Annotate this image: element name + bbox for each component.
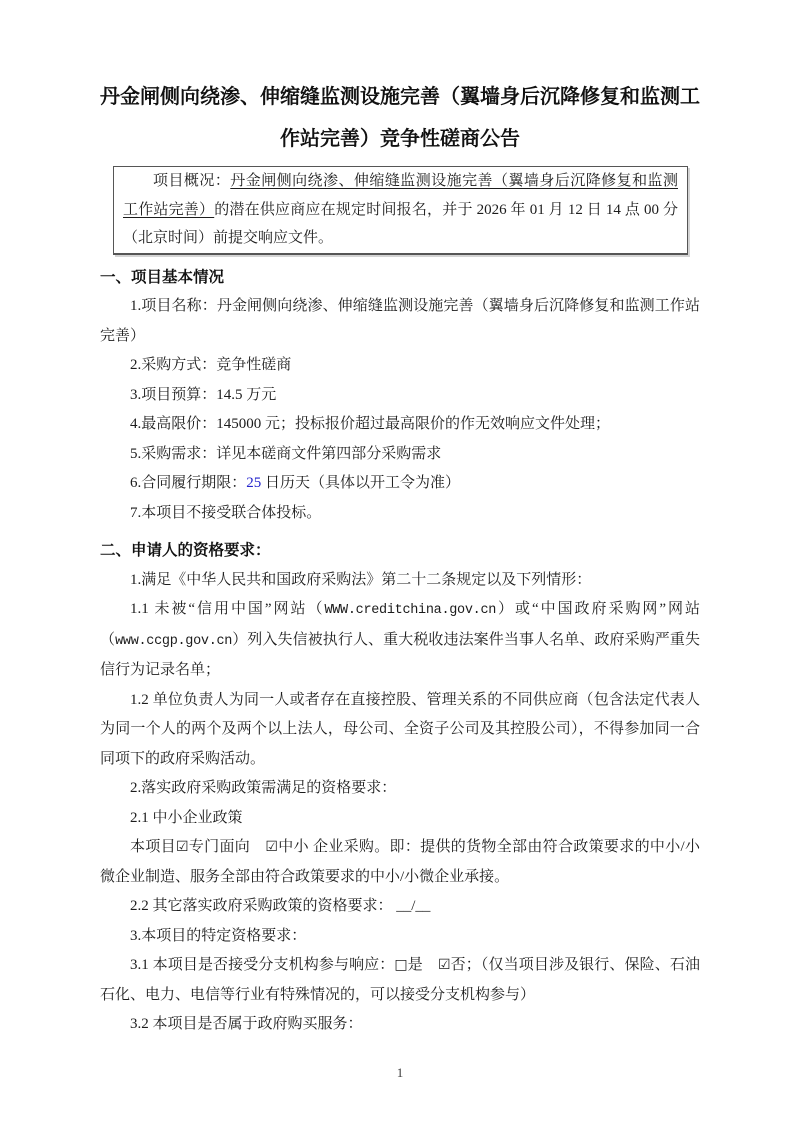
item-procurement-method: 2.采购方式：竞争性磋商 xyxy=(100,351,700,381)
para-credit-check: 1.1 未被“信用中国”网站（WWW.creditchina.gov.cn）或“… xyxy=(100,595,700,686)
document-page: 丹金闸侧向绕渗、伸缩缝监测设施完善（翼墙身后沉降修复和监测工作站完善）竞争性磋商… xyxy=(0,0,800,1131)
item-no-consortium: 7.本项目不接受联合体投标。 xyxy=(100,499,700,529)
checkbox-unchecked-icon: □ xyxy=(394,957,407,973)
other-policy-blank: __/__ xyxy=(393,898,431,914)
page-number: 1 xyxy=(0,1065,800,1081)
contract-period-label: 6.合同履行期限： xyxy=(130,475,246,491)
branch-yes-label: 是 xyxy=(408,957,438,973)
ccgp-url: www.ccgp.gov.cn xyxy=(115,634,232,649)
sme-text-b: 专门面向 xyxy=(189,839,266,855)
credit-check-text-a: 1.1 未被“信用中国”网站（ xyxy=(130,601,324,617)
project-overview-box: 项目概况：丹金闸侧向绕渗、伸缩缝监测设施完善（翼墙身后沉降修复和监测工作站完善）… xyxy=(113,166,688,255)
item-budget: 3.项目预算：14.5 万元 xyxy=(100,381,700,411)
para-policy-requirements: 2.落实政府采购政策需满足的资格要求： xyxy=(100,774,700,804)
project-overview-paragraph: 项目概况：丹金闸侧向绕渗、伸缩缝监测设施完善（翼墙身后沉降修复和监测工作站完善）… xyxy=(123,167,678,253)
document-content: 丹金闸侧向绕渗、伸缩缝监测设施完善（翼墙身后沉降修复和监测工作站完善）竞争性磋商… xyxy=(100,76,700,1040)
page-title: 丹金闸侧向绕渗、伸缩缝监测设施完善（翼墙身后沉降修复和监测工作站完善）竞争性磋商… xyxy=(96,76,704,160)
item-procurement-demand: 5.采购需求：详见本磋商文件第四部分采购需求 xyxy=(100,440,700,470)
item-project-name: 1.项目名称：丹金闸侧向绕渗、伸缩缝监测设施完善（翼墙身后沉降修复和监测工作站完… xyxy=(100,292,700,351)
item-contract-period: 6.合同履行期限：25 日历天（具体以开工令为准） xyxy=(100,469,700,499)
section-heading-qualification: 二、申请人的资格要求： xyxy=(100,536,700,566)
para-sme-policy-title: 2.1 中小企业政策 xyxy=(100,804,700,834)
para-specific-requirements: 3.本项目的特定资格要求： xyxy=(100,922,700,952)
creditchina-url: WWW.creditchina.gov.cn xyxy=(324,603,496,618)
contract-period-suffix: 日历天（具体以开工令为准） xyxy=(261,475,460,491)
section-heading-basic-info: 一、项目基本情况 xyxy=(100,263,700,293)
checkbox-checked-icon: ☑ xyxy=(265,839,278,855)
para-same-person-restriction: 1.2 单位负责人为同一人或者存在直接控股、管理关系的不同供应商（包含法定代表人… xyxy=(100,686,700,775)
para-other-policy: 2.2 其它落实政府采购政策的资格要求： __/__ xyxy=(100,892,700,922)
para-law-compliance: 1.满足《中华人民共和国政府采购法》第二十二条规定以及下列情形： xyxy=(100,566,700,596)
para-branch-participation: 3.1 本项目是否接受分支机构参与响应：□是 ☑否；（仅当项目涉及银行、保险、石… xyxy=(100,951,700,1010)
other-policy-label: 2.2 其它落实政府采购政策的资格要求： xyxy=(130,898,393,914)
overview-label: 项目概况： xyxy=(153,173,230,189)
checkbox-checked-icon: ☑ xyxy=(176,839,189,855)
checkbox-checked-icon: ☑ xyxy=(438,957,451,973)
sme-text-a: 本项目 xyxy=(130,839,176,855)
contract-days-value: 25 xyxy=(246,475,261,491)
branch-label: 3.1 本项目是否接受分支机构参与响应： xyxy=(130,957,394,973)
para-sme-policy-detail: 本项目☑专门面向 ☑中小 企业采购。即：提供的货物全部由符合政策要求的中小/小微… xyxy=(100,833,700,892)
item-max-price: 4.最高限价：145000 元；投标报价超过最高限价的作无效响应文件处理； xyxy=(100,410,700,440)
para-gov-purchase-service: 3.2 本项目是否属于政府购买服务： xyxy=(100,1010,700,1040)
